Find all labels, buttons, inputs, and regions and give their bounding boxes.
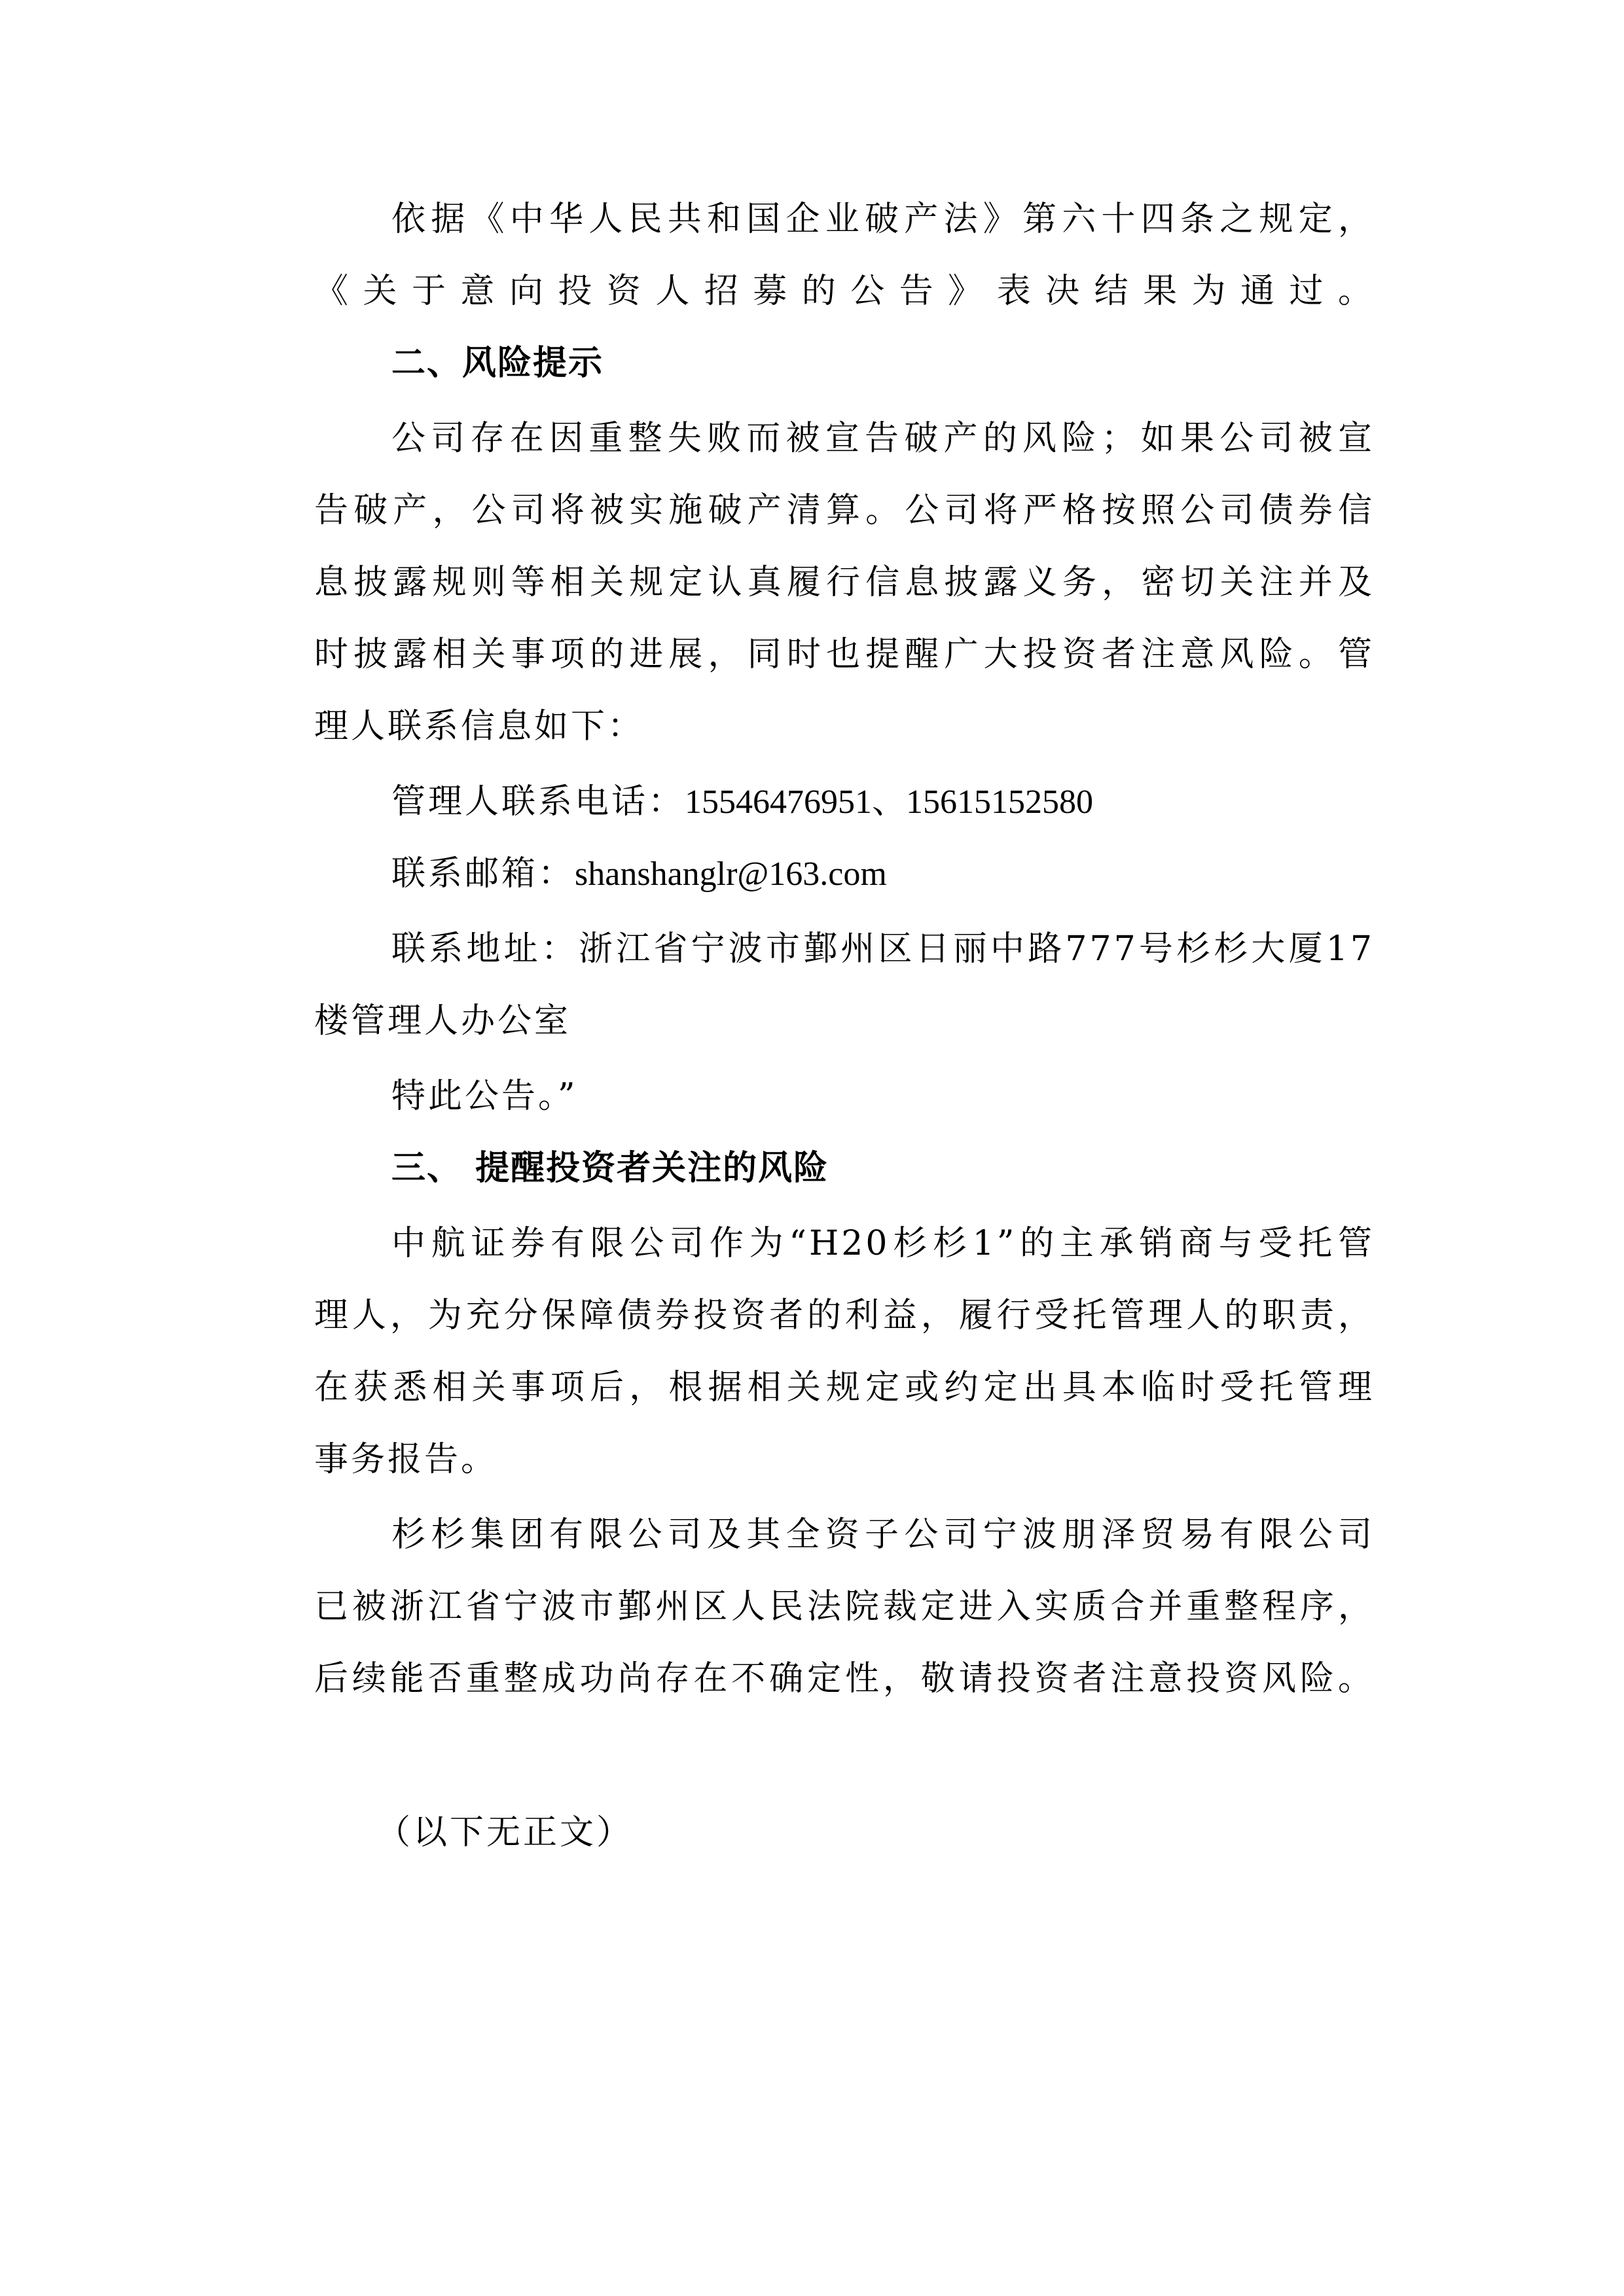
contact-address: 联系地址：浙江省宁波市鄞州区日丽中路777号杉杉大厦17 <box>391 926 1375 972</box>
contact-phone: 管理人联系电话：15546476951、15615152580 <box>391 779 1093 825</box>
paragraph-line: 公司存在因重整失败而被宣告破产的风险；如果公司被宣 <box>391 416 1375 461</box>
contact-email-label: 联系邮箱： <box>391 854 575 893</box>
contact-email: 联系邮箱：shanshanglr@163.com <box>391 851 887 897</box>
contact-email-value: shanshanglr@163.com <box>575 855 887 893</box>
section-heading-risk-notice: 二、风险提示 <box>391 340 604 386</box>
paragraph-line: 《关于意向投资人招募的公告》表决结果为通过。 <box>314 268 1375 314</box>
paragraph-line: 时披露相关事项的进展，同时也提醒广大投资者注意风险。管 <box>314 632 1375 677</box>
paragraph-line: 告破产，公司将被实施破产清算。公司将严格按照公司债券信 <box>314 488 1375 533</box>
end-note: （以下无正文） <box>376 1810 633 1856</box>
paragraph-line: 息披露规则等相关规定认真履行信息披露义务，密切关注并及 <box>314 560 1375 605</box>
paragraph-line: 杉杉集团有限公司及其全资子公司宁波朋泽贸易有限公司 <box>391 1512 1375 1558</box>
contact-address-value: 浙江省宁波市鄞州区日丽中路777号杉杉大厦17 <box>579 929 1375 969</box>
contact-phone-value: 15546476951、15615152580 <box>685 783 1093 821</box>
paragraph-line: 中航证券有限公司作为“H20杉杉1”的主承销商与受托管 <box>391 1221 1375 1266</box>
paragraph-line: 事务报告。 <box>314 1437 497 1482</box>
paragraph-line: 依据《中华人民共和国企业破产法》第六十四条之规定， <box>391 196 1375 242</box>
section-heading-investor-risks: 三、 提醒投资者关注的风险 <box>391 1145 829 1191</box>
contact-phone-label: 管理人联系电话： <box>391 782 685 821</box>
paragraph-line: 已被浙江省宁波市鄞州区人民法院裁定进入实质合并重整程序， <box>314 1584 1375 1630</box>
paragraph-line: 后续能否重整成功尚存在不确定性，敬请投资者注意投资风险。 <box>314 1656 1375 1702</box>
contact-address-label: 联系地址： <box>391 929 579 969</box>
closing-statement: 特此公告。” <box>391 1073 578 1119</box>
contact-address-continued: 楼管理人办公室 <box>314 998 571 1044</box>
paragraph-line: 理人联系信息如下： <box>314 704 644 749</box>
paragraph-line: 在获悉相关事项后，根据相关规定或约定出具本临时受托管理 <box>314 1365 1375 1410</box>
paragraph-line: 理人，为充分保障债券投资者的利益，履行受托管理人的职责， <box>314 1293 1375 1338</box>
